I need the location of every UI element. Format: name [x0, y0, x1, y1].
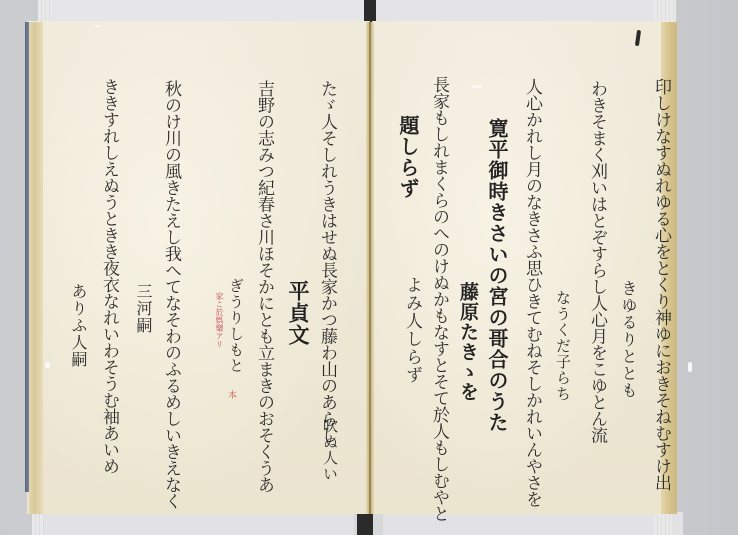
author-column: 三河嗣 — [135, 283, 151, 334]
author-column: 藤原たきゝを — [458, 282, 477, 402]
author-column: 平貞文 — [288, 280, 309, 346]
author-column: ありふ人嗣 — [70, 283, 86, 368]
text-column: なうくだ子らち — [555, 290, 570, 402]
page-edge-bottom-right-strip — [654, 512, 672, 535]
paper-speck — [45, 362, 50, 368]
heading-column: 寛平御時きさいの宮の哥合のうた — [487, 118, 507, 433]
red-mark: 本 — [226, 390, 235, 400]
spine-bottom — [357, 514, 373, 535]
paper-speck — [472, 85, 482, 88]
text-column: 人心かれし月のなきさふ思ひきてむねそしかれいんやさを — [523, 78, 540, 507]
text-column: 吹ぬ人い — [322, 418, 337, 482]
text-column: 秋のけ川の風きたえし我へてなそわのふるめしいきえなく — [162, 80, 179, 509]
text-column: ききすれしえぬうときき夜衣なれいわそうむ袖あいめ — [100, 78, 117, 474]
text-column: ぎうりしもと — [228, 278, 243, 374]
author-column: よみ人しらず — [403, 276, 420, 384]
heading-column: 題しらず — [398, 115, 418, 199]
text-column: 印しけなすぬれゆる心をとくり神ゆにおきそねむすけ出 — [652, 78, 669, 491]
page-edge-top-left-strip — [38, 0, 52, 22]
paper-speck — [95, 25, 100, 27]
red-annotation: 家こ於娯樂アリ — [215, 292, 223, 348]
paper-speck — [688, 362, 692, 372]
spine-top — [364, 0, 376, 22]
page-edge-bottom-left — [34, 512, 354, 535]
text-column: きゆるりととも — [620, 280, 636, 399]
text-column: 長家もしれまくらのへのけぬかもなすとそて於人もしむやと — [430, 76, 447, 522]
book-gutter — [366, 22, 374, 514]
text-column: 吉野の志みつ紀春さ川ほそかにとも立まきのおそくうあ — [255, 80, 272, 493]
page-edge-top-left — [40, 0, 366, 22]
page-edge-top-right — [373, 0, 673, 22]
text-column: たゞ人そしれうきはせぬ長家かつ藤わ山のあらし — [318, 80, 335, 443]
left-fore-edge — [29, 22, 43, 514]
page-edge-bottom-left-strip — [32, 512, 44, 535]
page-edge-bottom-right — [383, 512, 683, 535]
text-column: わきそまく刈いはとぞすらし人心月をこゆとん流 — [588, 80, 605, 443]
